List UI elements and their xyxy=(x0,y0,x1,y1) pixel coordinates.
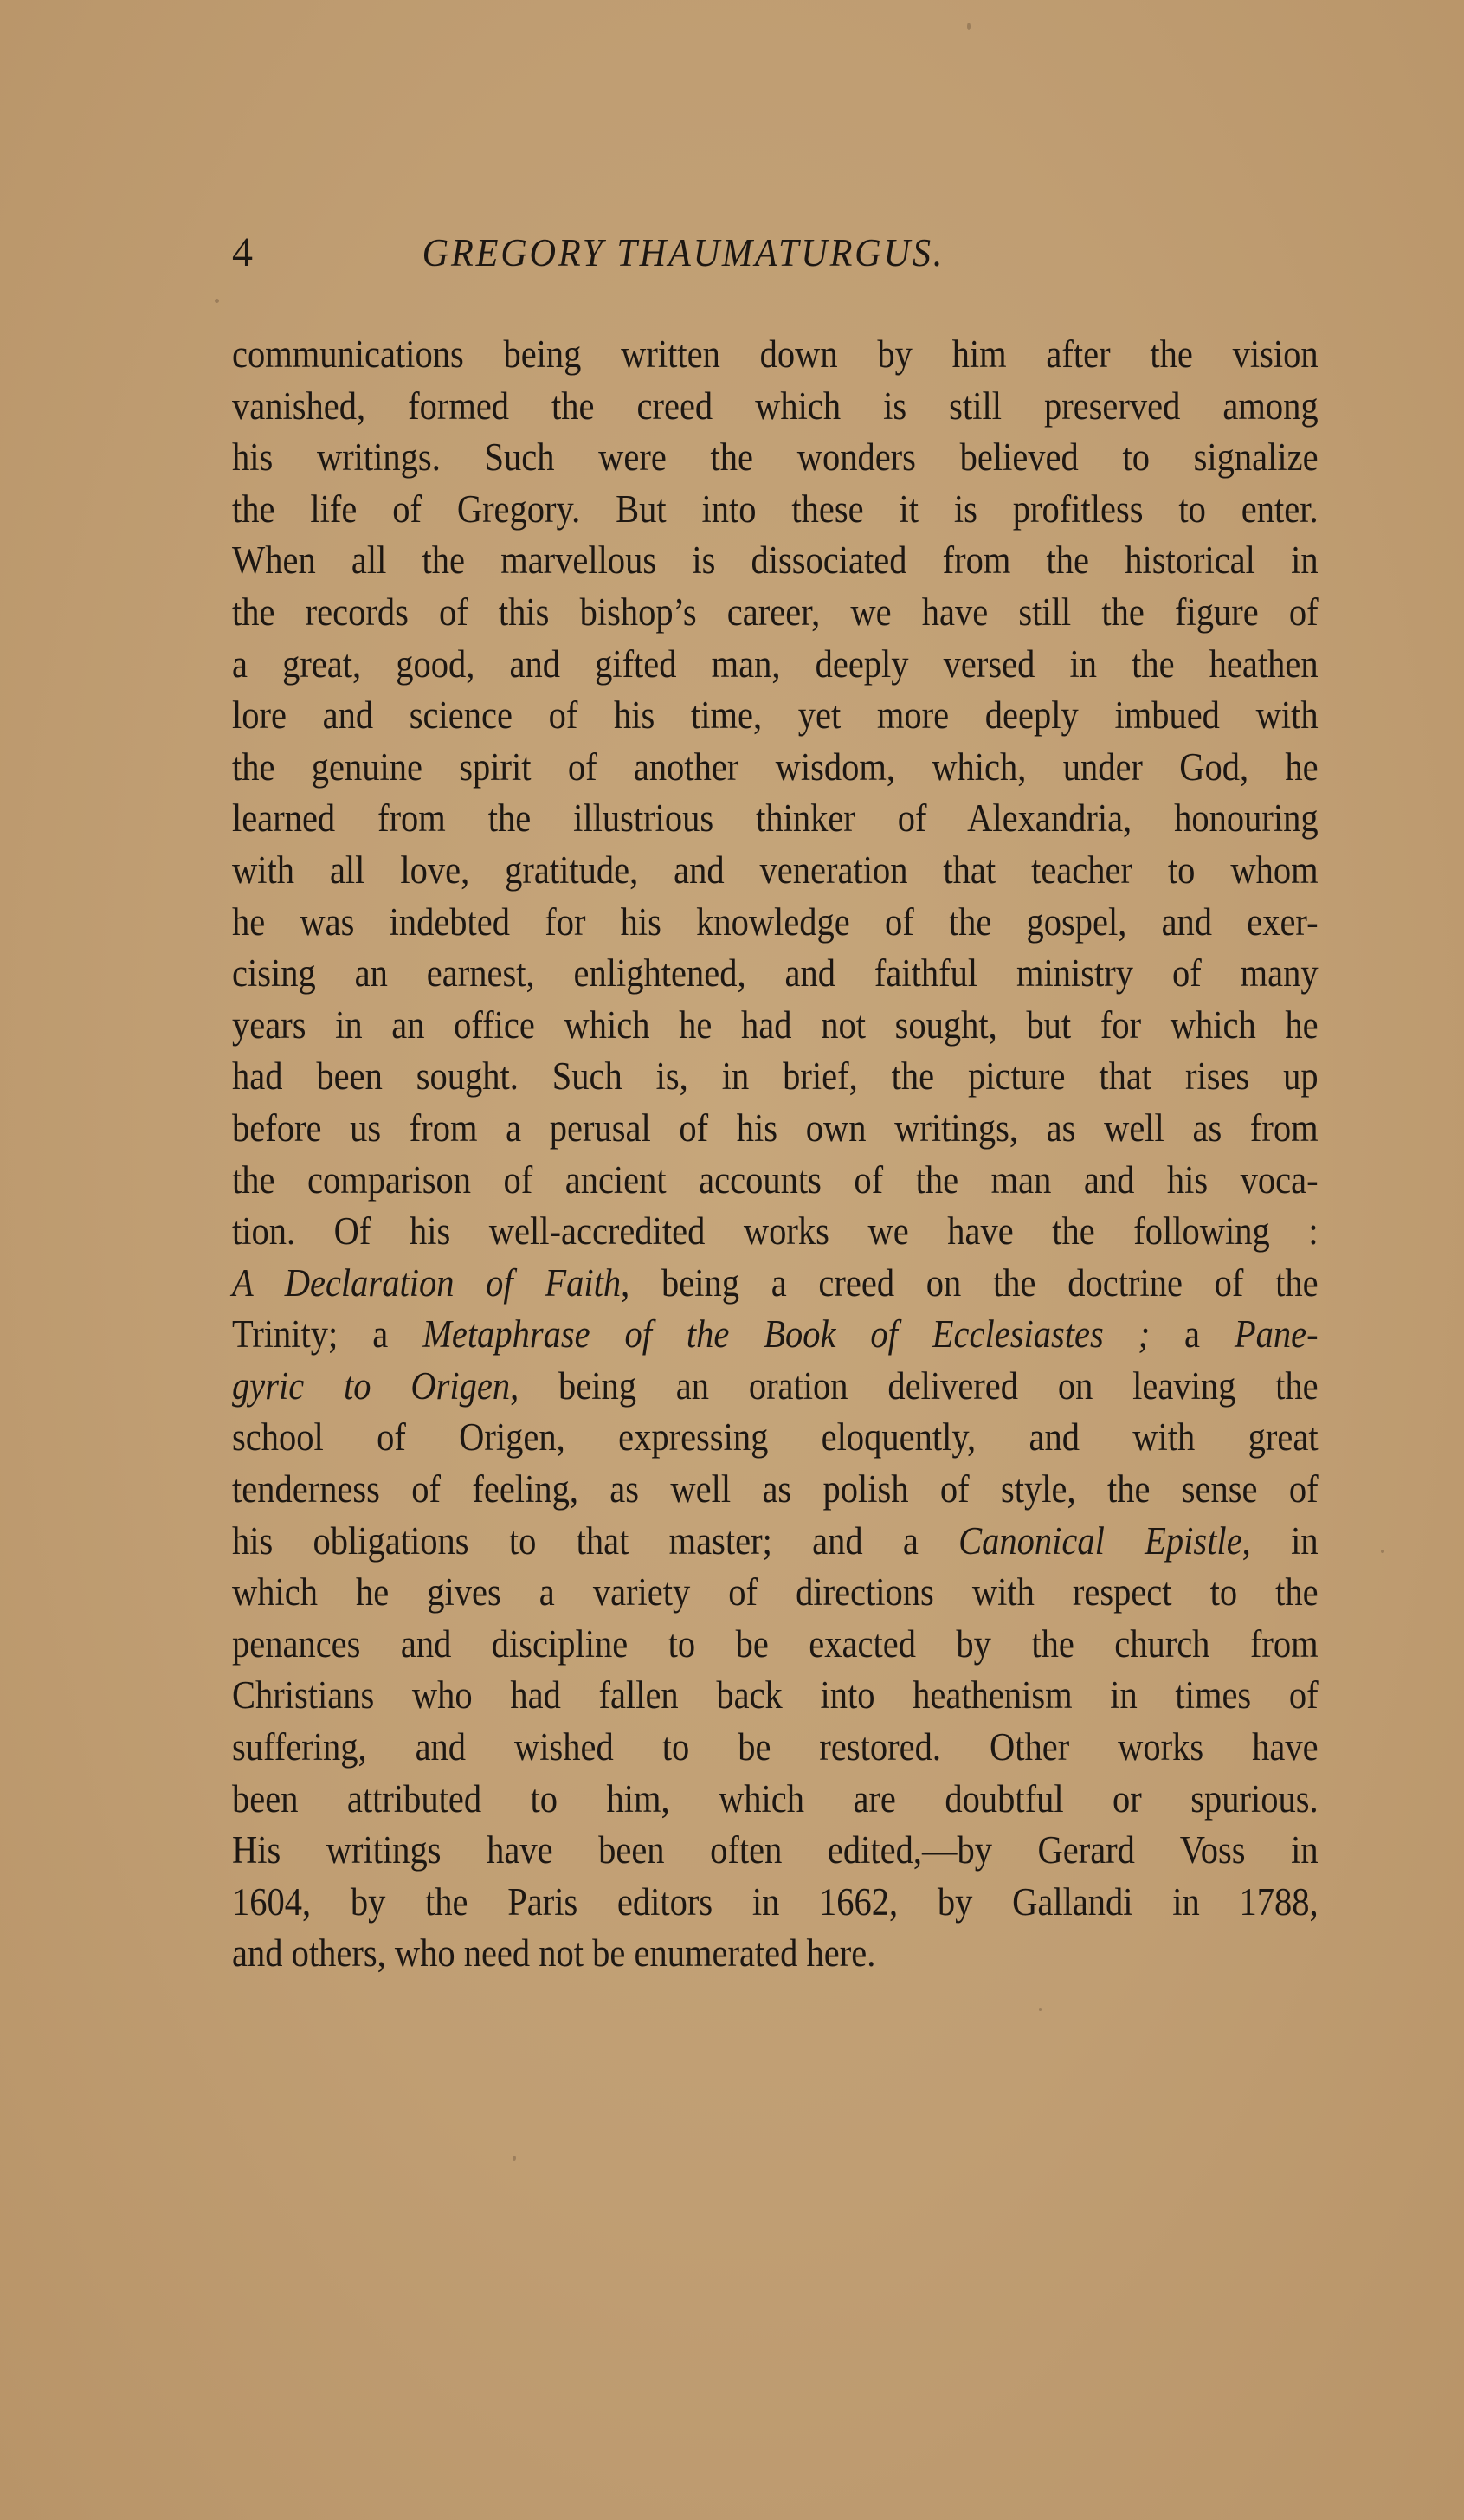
text-run: which he gives a variety of directions w… xyxy=(232,1570,1319,1614)
text-run: the life of Gregory. But into these it i… xyxy=(232,487,1319,531)
text-run: he was indebted for his knowledge of the… xyxy=(232,900,1319,944)
text-line: the genuine spirit of another wisdom, wh… xyxy=(232,742,1319,794)
text-run: Trinity; a xyxy=(232,1312,422,1356)
text-run: before us from a perusal of his own writ… xyxy=(232,1106,1319,1150)
text-line: lore and science of his time, yet more d… xyxy=(232,690,1319,742)
text-line: had been sought. Such is, in brief, the … xyxy=(232,1051,1319,1103)
text-run: penances and discipline to be exacted by… xyxy=(232,1622,1319,1666)
text-run: learned from the illustrious thinker of … xyxy=(232,796,1319,840)
text-line: and others, who need not be enumerated h… xyxy=(232,1928,1319,1980)
text-line: gyric to Origen, being an oration delive… xyxy=(232,1361,1319,1413)
text-run: the genuine spirit of another wisdom, wh… xyxy=(232,745,1319,789)
text-run: tion. Of his well-accredited works we ha… xyxy=(232,1209,1319,1253)
text-run: , being an oration delivered on leaving … xyxy=(510,1364,1319,1408)
paper-speck xyxy=(215,299,219,303)
text-run: cising an earnest, enlightened, and fait… xyxy=(232,951,1319,995)
text-run: His writings have been often edited,—by … xyxy=(232,1828,1319,1872)
text-line: he was indebted for his knowledge of the… xyxy=(232,897,1319,949)
text-run: with all love, gratitude, and veneration… xyxy=(232,848,1319,892)
text-line: When all the marvellous is dissociated f… xyxy=(232,535,1319,587)
text-line: communications being written down by him… xyxy=(232,329,1319,381)
text-run: When all the marvellous is dissociated f… xyxy=(232,538,1319,582)
text-line: before us from a perusal of his own writ… xyxy=(232,1103,1319,1155)
text-line: years in an office which he had not soug… xyxy=(232,1000,1319,1052)
text-line: tenderness of feeling, as well as polish… xyxy=(232,1464,1319,1516)
paper-speck xyxy=(1381,1550,1384,1553)
text-run: his obligations to that master; and a xyxy=(232,1519,958,1563)
text-run: , being a creed on the doctrine of the xyxy=(621,1261,1318,1305)
text-line: a great, good, and gifted man, deeply ve… xyxy=(232,639,1319,691)
text-line: with all love, gratitude, and veneration… xyxy=(232,845,1319,897)
text-line: 1604, by the Paris editors in 1662, by G… xyxy=(232,1877,1319,1929)
text-line: tion. Of his well-accredited works we ha… xyxy=(232,1206,1319,1258)
text-line: Trinity; a Metaphrase of the Book of Ecc… xyxy=(232,1309,1319,1361)
text-line: penances and discipline to be exacted by… xyxy=(232,1619,1319,1671)
text-run: suffering, and wished to be restored. Ot… xyxy=(232,1725,1319,1769)
text-run: lore and science of his time, yet more d… xyxy=(232,693,1319,737)
text-run: been attributed to him, which are doubtf… xyxy=(232,1777,1319,1821)
text-run: communications being written down by him… xyxy=(232,332,1319,376)
text-line: vanished, formed the creed which is stil… xyxy=(232,381,1319,433)
text-run: the comparison of ancient accounts of th… xyxy=(232,1158,1319,1202)
italic-title: Metaphrase of the Book of Ecclesiastes ; xyxy=(422,1312,1150,1356)
text-line: Christians who had fallen back into heat… xyxy=(232,1670,1319,1722)
text-run: tenderness of feeling, as well as polish… xyxy=(232,1467,1319,1511)
text-line: which he gives a variety of directions w… xyxy=(232,1567,1319,1619)
text-run: vanished, formed the creed which is stil… xyxy=(232,384,1319,428)
body-paragraph: communications being written down by him… xyxy=(232,329,1319,1980)
text-run: a great, good, and gifted man, deeply ve… xyxy=(232,642,1319,686)
text-line: been attributed to him, which are doubtf… xyxy=(232,1774,1319,1826)
text-run: had been sought. Such is, in brief, the … xyxy=(232,1054,1319,1098)
text-line: the comparison of ancient accounts of th… xyxy=(232,1155,1319,1207)
text-run: , in xyxy=(1242,1519,1319,1563)
text-line: the records of this bishop’s career, we … xyxy=(232,587,1319,639)
text-run: school of Origen, expressing eloquently,… xyxy=(232,1415,1319,1459)
italic-title: gyric to Origen xyxy=(232,1364,510,1408)
text-run: 1604, by the Paris editors in 1662, by G… xyxy=(232,1880,1319,1924)
text-run: and others, who need not be enumerated h… xyxy=(232,1931,875,1975)
italic-title: Canonical Epistle xyxy=(958,1519,1242,1563)
text-line: his writings. Such were the wonders beli… xyxy=(232,432,1319,484)
text-run: a xyxy=(1150,1312,1235,1356)
text-run: Christians who had fallen back into heat… xyxy=(232,1673,1319,1717)
text-line: school of Origen, expressing eloquently,… xyxy=(232,1412,1319,1464)
text-line: cising an earnest, enlightened, and fait… xyxy=(232,948,1319,1000)
text-line: learned from the illustrious thinker of … xyxy=(232,793,1319,845)
text-line: suffering, and wished to be restored. Ot… xyxy=(232,1722,1319,1774)
page-number: 4 xyxy=(232,227,253,279)
text-line: the life of Gregory. But into these it i… xyxy=(232,484,1319,536)
text-run: years in an office which he had not soug… xyxy=(232,1003,1319,1047)
text-run: the records of this bishop’s career, we … xyxy=(232,590,1319,634)
running-title: GREGORY THAUMATURGUS. xyxy=(329,227,1038,279)
text-line: his obligations to that master; and a Ca… xyxy=(232,1516,1319,1568)
paper-speck xyxy=(967,23,971,30)
paper-speck xyxy=(513,2156,516,2161)
paper-speck xyxy=(1039,2008,1042,2011)
text-line: His writings have been often edited,—by … xyxy=(232,1825,1319,1877)
text-run: his writings. Such were the wonders beli… xyxy=(232,435,1319,479)
text-line: A Declaration of Faith, being a creed on… xyxy=(232,1258,1319,1310)
italic-title: A Declaration of Faith xyxy=(232,1261,621,1305)
italic-title: Pane- xyxy=(1235,1312,1319,1356)
